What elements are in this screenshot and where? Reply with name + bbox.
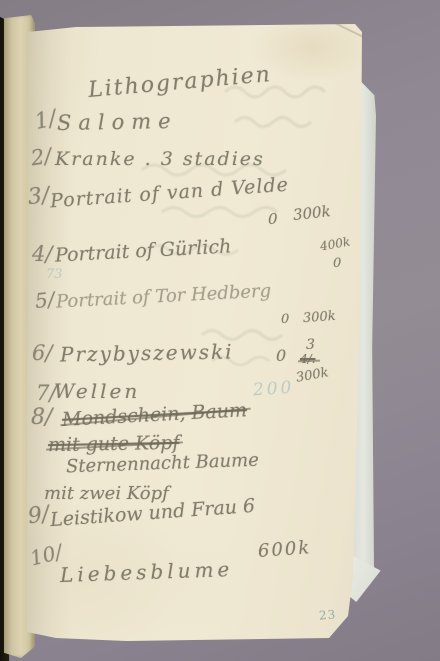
notebook-page: Lithographien 1/ Salome 2/ Kranke . 3 st… [26, 22, 364, 642]
entry-1-number: 1/ [33, 108, 59, 134]
entry-3-price: 300k [292, 204, 331, 223]
show-through-number-73: 73 [46, 268, 63, 281]
entry-5-text: Portrait of Tor Hedberg [56, 282, 272, 311]
entry-10-text: Liebesblume [60, 559, 234, 585]
entry-3-price-zero: 0 [268, 212, 278, 227]
entry-9-number: 9/ [27, 504, 51, 529]
entry-6-price-3: 3 [306, 338, 315, 352]
entry-6-price-struck: 4/. [300, 353, 316, 365]
page-number: 23 [319, 608, 337, 621]
entry-1-text: Salome [57, 111, 178, 134]
corner-crease [328, 19, 367, 39]
entry-5-number: 5/ [34, 289, 55, 311]
entry-6-price-zero: 0 [276, 348, 286, 364]
entry-4-price-zero: 0 [333, 257, 341, 270]
entry-9-price: 600k [257, 539, 311, 561]
entry-4-price: 400k [319, 235, 351, 252]
entry-3-number: 3/ [27, 185, 51, 209]
entry-8-text-line2: mit zwei Köpf [44, 485, 169, 503]
photo-background: Lithographien 1/ Salome 2/ Kranke . 3 st… [0, 0, 440, 661]
entry-5-price-zero: 0 [281, 313, 289, 326]
entry-8-number: 8/ [31, 407, 52, 429]
entry-2-text: Kranke . 3 stadies [55, 150, 265, 169]
show-through-number-200: 200 [252, 380, 295, 400]
entry-5-price: 300k [303, 310, 337, 325]
entry-6-price: 300k [295, 366, 329, 384]
entry-2-number: 2/ [30, 146, 53, 170]
entry-4-number: 4/ [32, 244, 52, 265]
entry-8-struck-text-2: mit gute Köpf [48, 434, 180, 455]
entry-6-number: 6/ [32, 343, 52, 364]
entry-8-text: Sternennacht Baume [66, 452, 259, 477]
entry-7-text: Wellen [54, 381, 140, 401]
entry-8-struck-text-1: Mondschein, Baum [62, 401, 248, 430]
entry-6-text: Przybyszewski [60, 341, 234, 364]
